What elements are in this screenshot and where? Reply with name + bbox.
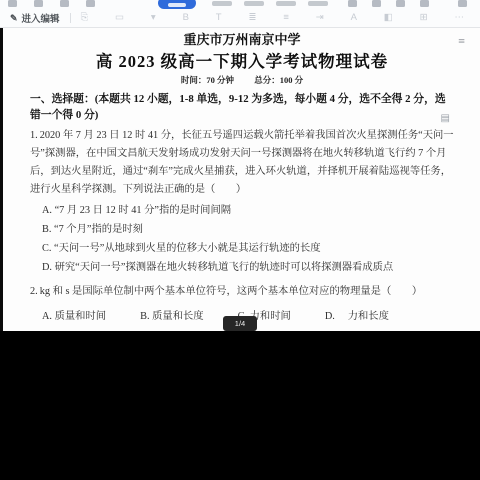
toolbar-icon[interactable] — [86, 0, 95, 7]
question-1-text: 1.2020 年 7 月 23 日 12 时 41 分，长征五号遥四运载火箭托举… — [30, 127, 454, 199]
disabled-tool-icon: A — [351, 13, 357, 23]
sidebar-menu-icon[interactable]: ≡ — [458, 35, 465, 47]
disabled-tool-icon: ⊞ — [420, 13, 428, 23]
question-2-number: 2. — [30, 286, 38, 297]
quick-toolbar: ✎ 进入编辑 ⎘▭▾BT≣≡⇥A◧⊞⋯ — [0, 9, 480, 27]
section-header: 一、选择题：(本题共 12 小题，1-8 单选，9-12 为多选，每小题 4 分… — [30, 91, 454, 123]
menu-bar — [0, 0, 480, 9]
disabled-tool-icon: T — [216, 13, 222, 23]
menu-tab[interactable] — [244, 1, 264, 6]
option-item: B. 质量和长度 — [140, 310, 204, 324]
school-title: 重庆市万州南京中学 — [30, 32, 454, 48]
question-1-number: 1. — [30, 130, 38, 141]
toolbar-icon[interactable] — [458, 0, 467, 7]
disabled-tool-icon: B — [183, 13, 189, 23]
toolbar-icon[interactable] — [372, 0, 381, 7]
disabled-tools-row: ⎘▭▾BT≣≡⇥A◧⊞⋯ — [81, 13, 470, 23]
exam-title: 高 2023 级高一下期入学考试物理试卷 — [30, 51, 454, 73]
disabled-tool-icon: ▭ — [115, 13, 124, 23]
exam-content: 重庆市万州南京中学 高 2023 级高一下期入学考试物理试卷 时间：70 分钟 … — [0, 28, 480, 324]
video-frame: ✎ 进入编辑 ⎘▭▾BT≣≡⇥A◧⊞⋯ ≡ ▤ 重庆市万州南京中学 高 2023… — [0, 0, 480, 480]
question-1: 1.2020 年 7 月 23 日 12 时 41 分，长征五号遥四运载火箭托举… — [30, 127, 454, 275]
menu-tab[interactable] — [308, 1, 328, 6]
toolbar-icon[interactable] — [348, 0, 357, 7]
option-item: D. 研究“天问一号”探测器在地火转移轨道飞行的轨迹时可以将探测器看成质点 — [42, 261, 454, 275]
floating-tool-icon[interactable]: ▤ — [441, 114, 450, 124]
enter-edit-label: 进入编辑 — [22, 11, 60, 25]
toolbar-icon[interactable] — [60, 0, 69, 7]
menu-tab[interactable] — [212, 1, 232, 6]
disabled-tool-icon: ⎘ — [81, 13, 89, 23]
disabled-tool-icon: ⇥ — [316, 13, 324, 23]
enter-edit-button[interactable]: ✎ 进入编辑 — [10, 11, 60, 25]
toolbar-divider — [70, 13, 71, 23]
question-2-text: 2.kg 和 s 是国际单位制中两个基本单位符号，这两个基本单位对应的物理量是（… — [30, 283, 454, 301]
menu-tab[interactable] — [276, 1, 296, 6]
video-edge-strip — [0, 28, 3, 331]
disabled-tool-icon: ▾ — [151, 13, 156, 23]
option-item: A. 质量和时间 — [42, 310, 106, 324]
time-label: 时间：70 分钟 — [181, 75, 234, 85]
wps-reader-window: ✎ 进入编辑 ⎘▭▾BT≣≡⇥A◧⊞⋯ ≡ ▤ 重庆市万州南京中学 高 2023… — [0, 0, 480, 331]
page-indicator: 1/4 — [223, 316, 257, 331]
active-tab-label-blob — [168, 3, 186, 7]
toolbar-icon[interactable] — [8, 0, 17, 7]
question-1-options: A. “7 月 23 日 12 时 41 分”指的是时间间隔B. “7 个月”指… — [30, 204, 454, 275]
toolbar: ✎ 进入编辑 ⎘▭▾BT≣≡⇥A◧⊞⋯ — [0, 0, 480, 28]
toolbar-icon[interactable] — [34, 0, 43, 7]
option-item: B. “7 个月”指的是时刻 — [42, 223, 454, 237]
active-tab-pill[interactable] — [158, 0, 196, 9]
option-item: C. “天问一号”从地球到火星的位移大小就是其运行轨迹的长度 — [42, 242, 454, 256]
document-page[interactable]: ≡ ▤ 重庆市万州南京中学 高 2023 级高一下期入学考试物理试卷 时间：70… — [0, 28, 480, 331]
disabled-tool-icon: ⋯ — [455, 13, 465, 23]
option-item: A. “7 月 23 日 12 时 41 分”指的是时间间隔 — [42, 204, 454, 218]
score-label: 总分：100 分 — [254, 75, 303, 85]
disabled-tool-icon: ≡ — [283, 13, 289, 23]
disabled-tool-icon: ◧ — [384, 13, 393, 23]
toolbar-icon[interactable] — [420, 0, 429, 7]
exam-meta: 时间：70 分钟 总分：100 分 — [30, 75, 454, 86]
option-item: D. 力和长度 — [325, 310, 389, 324]
disabled-tool-icon: ≣ — [248, 13, 256, 23]
pen-icon: ✎ — [10, 13, 18, 24]
toolbar-icon[interactable] — [396, 0, 405, 7]
